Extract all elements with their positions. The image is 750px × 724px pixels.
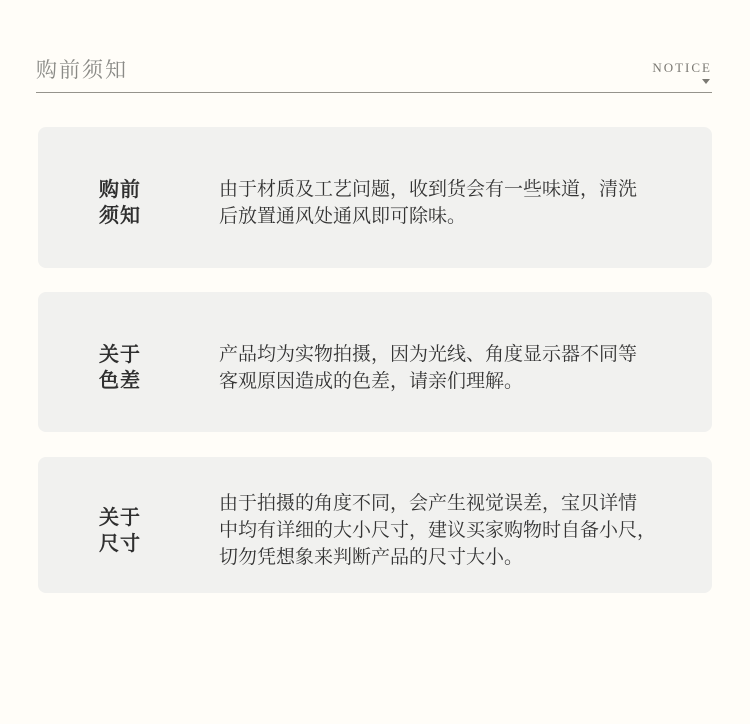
down-triangle-icon	[702, 79, 710, 84]
notice-card-list: 购前 须知 由于材质及工艺问题，收到货会有一些味道，清洗 后放置通风处通风即可除…	[0, 127, 750, 593]
notice-card-smell: 购前 须知 由于材质及工艺问题，收到货会有一些味道，清洗 后放置通风处通风即可除…	[38, 127, 712, 268]
purchase-notice-section: 购前须知 NOTICE 购前 须知 由于材质及工艺问题，收到货会有一些味道，清洗…	[0, 0, 750, 724]
card-body-text: 由于拍摄的角度不同，会产生视觉误差，宝贝详情 中均有详细的大小尺寸，建议买家购物…	[219, 490, 672, 571]
page-title: 购前须知	[36, 58, 128, 84]
notice-card-size: 关于 尺寸 由于拍摄的角度不同，会产生视觉误差，宝贝详情 中均有详细的大小尺寸，…	[38, 457, 712, 593]
header-divider	[36, 92, 712, 93]
section-header: 购前须知 NOTICE	[0, 0, 750, 93]
card-body-text: 产品均为实物拍摄，因为光线、角度显示器不同等 客观原因造成的色差，请亲们理解。	[219, 341, 672, 395]
card-body-text: 由于材质及工艺问题，收到货会有一些味道，清洗 后放置通风处通风即可除味。	[219, 176, 672, 230]
notice-label-group: NOTICE	[652, 58, 712, 84]
card-label: 购前 须知	[99, 177, 141, 229]
header-row: 购前须知 NOTICE	[36, 58, 712, 84]
notice-card-color: 关于 色差 产品均为实物拍摄，因为光线、角度显示器不同等 客观原因造成的色差，请…	[38, 292, 712, 432]
notice-subtitle: NOTICE	[652, 60, 712, 75]
card-label: 关于 尺寸	[99, 505, 141, 557]
card-label: 关于 色差	[99, 342, 141, 394]
